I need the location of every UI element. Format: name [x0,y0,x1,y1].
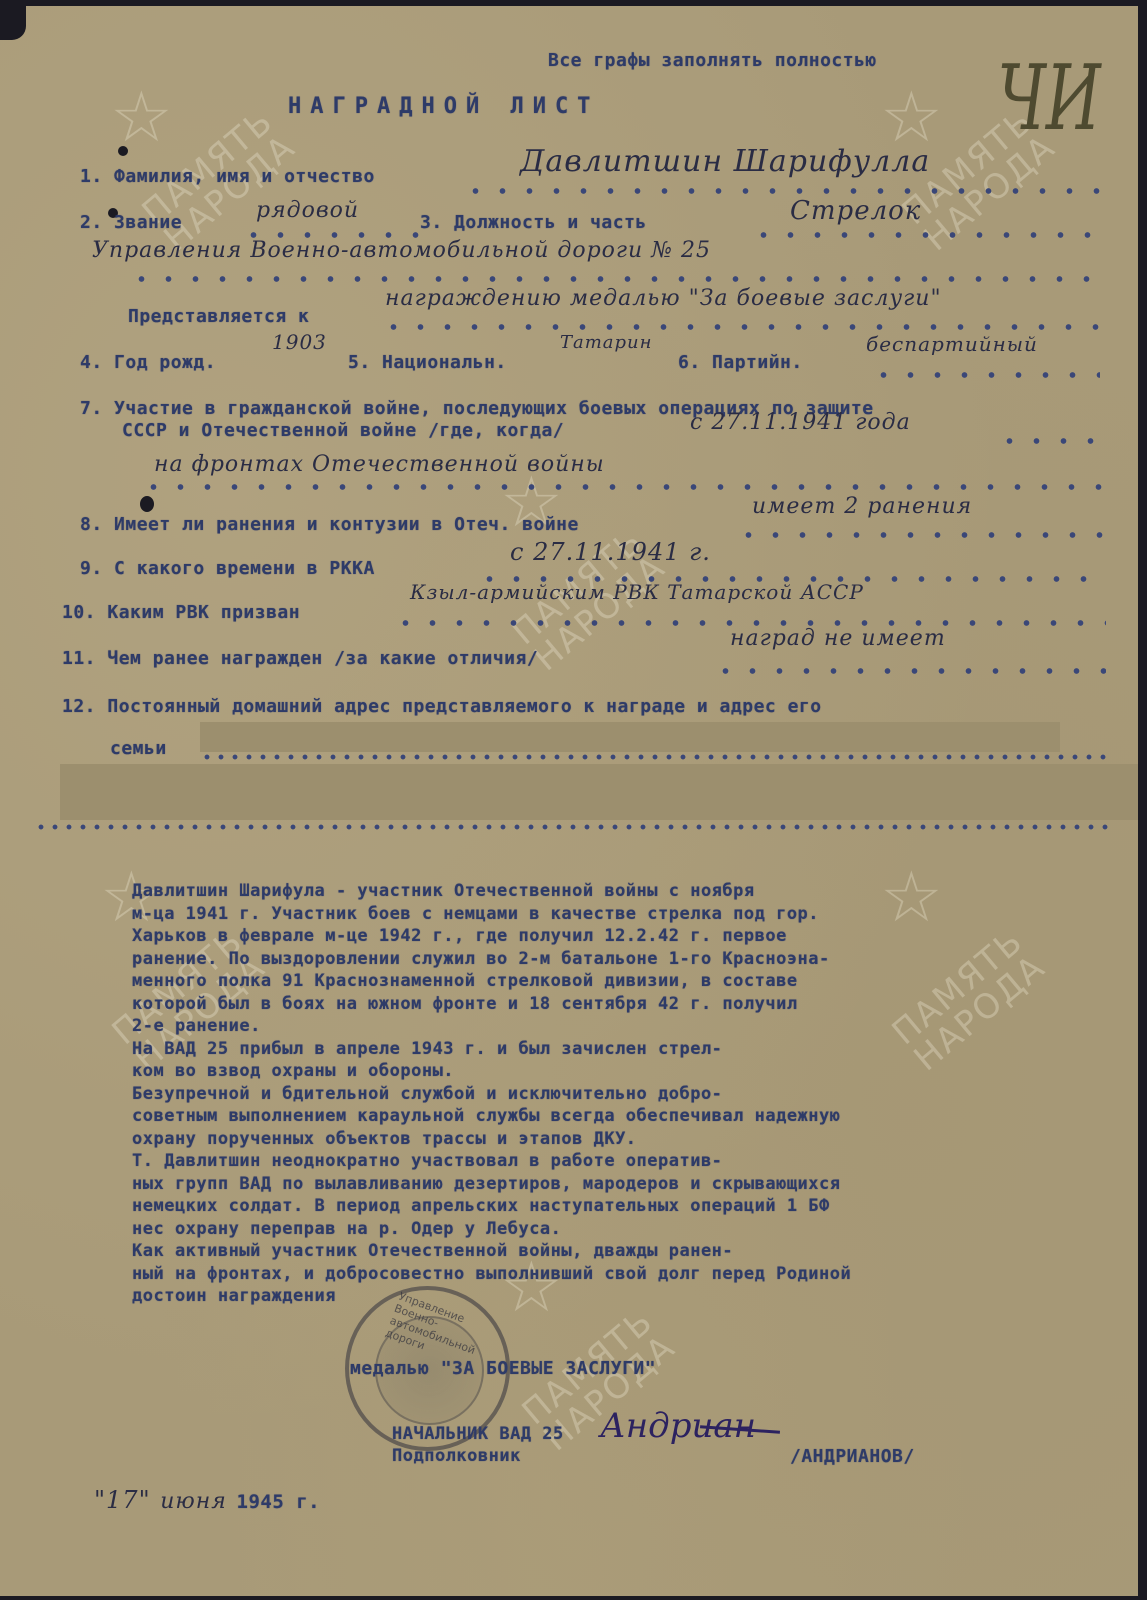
narrative-line: ных групп ВАД по вылавливанию дезертиров… [132,1173,851,1196]
date-month: июня [160,1489,227,1514]
field-6-value: беспартийный [866,332,1038,356]
award-name: медалью "ЗА БОЕВЫЕ ЗАСЛУГИ" [350,1358,656,1379]
narrative-line: советным выполнением караульной службы в… [132,1105,851,1128]
narrative-line: Как активный участник Отечественной войн… [132,1240,851,1263]
field-8-value: имеет 2 ранения [752,494,972,519]
narrative-line: нес охрану переправ на р. Одер у Лебуса. [132,1218,851,1241]
field-1-value: Давлитшин Шарифулла [520,144,930,179]
redacted-address [200,722,1060,752]
field-8-label: 8. Имеет ли ранения и контузии в Отеч. в… [80,514,579,535]
award-sheet: ☆ ПАМЯТЬНАРОДА ☆ ПАМЯТЬНАРОДА ☆ ПАМЯТЬНА… [0,6,1138,1596]
field-7-dotted-line [996,436,1106,446]
registration-mark: ЧИ [997,46,1101,151]
field-2-label: 2. Звание [80,212,182,233]
field-6-label: 6. Партийн. [678,352,803,373]
narrative-line: которой был в боях на южном фронте и 18 … [132,993,851,1016]
signer-name: /АНДРИАНОВ/ [790,1446,915,1467]
narrative-line: На ВАД 25 прибыл в апреле 1943 г. и был … [132,1038,851,1061]
narrative-line: охрану порученных объектов трассы и этап… [132,1128,851,1151]
narrative-line: немецких солдат. В период апрельских нас… [132,1195,851,1218]
signer-rank: Подполковник [392,1446,521,1466]
watermark: ПАМЯТЬНАРОДА [887,923,1052,1077]
redacted-address-block [60,764,1138,820]
narrative-line: ранение. По выздоровлении служил во 2-м … [132,948,851,971]
field-7-label-line2: СССР и Отечественной войне /где, когда/ [122,420,564,441]
date-day: "17" [94,1486,151,1514]
field-3-label: 3. Должность и часть [420,212,647,233]
field-10-label: 10. Каким РВК призван [62,602,300,623]
narrative-line: Т. Давлитшин неоднократно участвовал в р… [132,1150,851,1173]
narrative-line: ный на фронтах, и добросовестно выполнив… [132,1263,851,1286]
field-12-label: 12. Постоянный домашний адрес представля… [62,696,822,717]
presented-for-value: награждению медалью "За боевые заслуги" [385,286,942,311]
field-7-value: с 27.11.1941 года [690,410,911,435]
presented-for-dotted-line [380,322,1110,332]
field-9-label: 9. С какого времени в РККА [80,558,375,579]
fill-instruction: Все графы заполнять полностью [548,50,877,71]
field-3-value: Стрелок [790,196,921,226]
field-11-label: 11. Чем ранее награжден /за какие отличи… [62,648,538,669]
field-1-dotted-line [462,186,1102,196]
date-year: 1945 г. [237,1491,321,1513]
field-3-dotted-line [750,230,1100,240]
presented-for-label: Представляется к [128,306,309,327]
field-9-value: с 27.11.1941 г. [510,538,711,566]
field-11-dotted-line [712,666,1106,676]
page-title: НАГРАДНОЙ ЛИСТ [288,94,599,119]
field-4-value: 1903 [272,330,327,354]
narrative-line: менного полка 91 Краснознаменной стрелко… [132,970,851,993]
field-2-value: рядовой [256,198,359,223]
signature: Андриан [600,1406,756,1446]
field-12-dotted-line [200,752,1110,762]
narrative-line: Безупречной и бдительной службой и исклю… [132,1083,851,1106]
field-6-dotted-line [870,370,1100,380]
field-5-value: Татарин [560,332,653,353]
field-5-label: 5. Национальн. [348,352,507,373]
punch-hole [140,496,154,512]
narrative-line: достоин награждения [132,1285,851,1308]
signer-position: НАЧАЛЬНИК ВАД 25 [392,1424,564,1444]
document-date: "17" июня 1945 г. [94,1486,320,1514]
narrative-text: Давлитшин Шарифула - участник Отечествен… [132,880,851,1308]
watermark-star-icon: ☆ [110,76,173,158]
narrative-line: 2-е ранение. [132,1015,851,1038]
field-12-label-line2: семьи [110,738,167,759]
field-4-label: 4. Год рожд. [80,352,216,373]
field-8-dotted-line [735,530,1105,540]
field-11-value: наград не имеет [730,626,946,651]
field-3-value-line2: Управления Военно-автомобильной дороги №… [92,238,711,263]
field-3-dotted-line-2 [128,274,1108,284]
section-divider [34,822,1114,832]
narrative-line: ком во взвод охраны и обороны. [132,1060,851,1083]
field-1-label: 1. Фамилия, имя и отчество [80,166,375,187]
field-10-value: Кзыл-армийским РВК Татарской АССР [410,580,864,604]
torn-corner [0,6,26,40]
watermark-star-icon: ☆ [880,856,943,938]
field-7-value-line2: на фронтах Отечественной войны [154,452,605,477]
narrative-line: Харьков в феврале м-це 1942 г., где полу… [132,925,851,948]
punch-hole [118,146,128,156]
narrative-line: м-ца 1941 г. Участник боев с немцами в к… [132,903,851,926]
narrative-line: Давлитшин Шарифула - участник Отечествен… [132,880,851,903]
field-7-dotted-line-2 [140,482,1110,492]
